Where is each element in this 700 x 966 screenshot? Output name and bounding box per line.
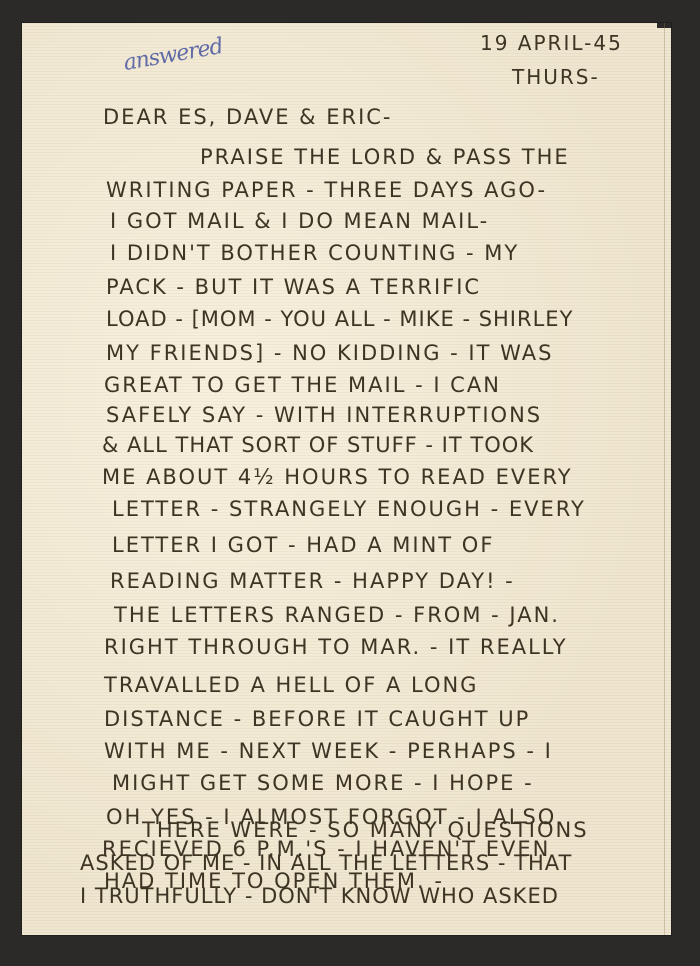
letter-line: great to get the mail - I can [104, 373, 501, 397]
letter-line: letter I got - had a mint of [112, 533, 494, 557]
answered-annotation: answered [122, 34, 225, 76]
letter-line: I truthfully - don't know who asked [80, 884, 559, 908]
letter-line: I didn't bother counting - my [110, 241, 519, 265]
letter-line: pack - but it was a terrific [106, 275, 481, 299]
letter-line: I got mail & I do mean mail- [110, 209, 489, 233]
letter-line: safely say - with interruptions [106, 403, 542, 427]
letter-line: me about 4½ hours to read every [102, 465, 573, 489]
salutation: Dear Es, Dave & Eric- [103, 105, 393, 129]
letter-line: load - [Mom - you all - Mike - Shirley [106, 307, 573, 331]
letter-line: The letters ranged - from - Jan. [114, 603, 560, 627]
letter-line: letter - strangely enough - every [112, 497, 586, 521]
letter-day: Thurs- [512, 65, 600, 89]
letter-page: answered 19 April-45 Thurs- Dear Es, Dav… [22, 23, 671, 935]
letter-date: 19 April-45 [480, 31, 623, 55]
letter-line: travalled a hell of a long [104, 673, 478, 697]
letter-line: & all that sort of stuff - it took [102, 433, 534, 457]
letter-line: my friends] - No kidding - it was [106, 341, 553, 365]
letter-line: might get some more - I hope - [112, 771, 534, 795]
letter-line: There were - so many questions [142, 818, 589, 842]
letter-line: distance - before it caught up [104, 707, 530, 731]
letter-line: asked of me - in all the letters - that [80, 851, 572, 875]
letter-line: Praise the Lord & pass the [200, 145, 570, 169]
letter-line: reading matter - Happy day! - [110, 569, 515, 593]
letter-line: writing paper - three days ago- [106, 178, 547, 202]
letter-line: with me - Next week - perhaps - I [104, 739, 553, 763]
letter-line: right through to Mar. - it really [104, 635, 568, 659]
paper-corner-fold [657, 23, 671, 28]
